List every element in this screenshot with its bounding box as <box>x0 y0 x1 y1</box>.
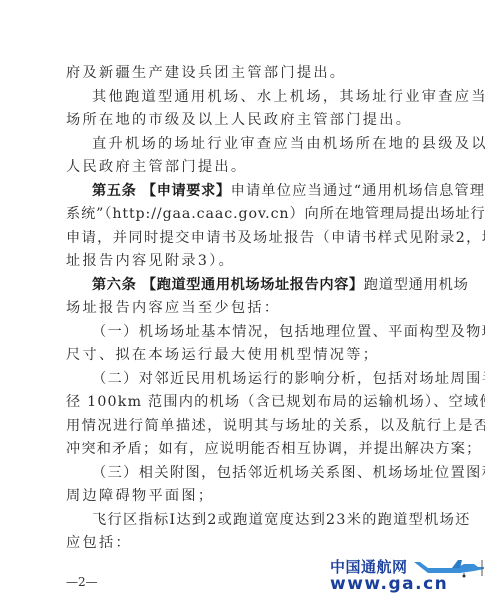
article-6-line: 第六条 【跑道型通用机场场址报告内容】跑道型通用机场 <box>92 276 452 294</box>
text-line: （三）相关附图，包括邻近机场关系图、机场场址位置图和 <box>92 464 452 482</box>
text-line: 飞行区指标Ⅰ达到2或跑道宽度达到23米的跑道型机场还 <box>92 511 452 529</box>
page-number: —2— <box>66 575 98 589</box>
article-5-heading: 第五条 【申请要求】 <box>92 183 231 199</box>
text-line: 人民政府主管部门提出。 <box>66 158 426 176</box>
article-6-heading: 第六条 【跑道型通用机场场址报告内容】 <box>92 277 364 293</box>
text-line: 周边障碍物平面图； <box>66 487 426 505</box>
article-6-text: 跑道型通用机场 <box>364 277 469 293</box>
text-line: 址报告内容见附录3）。 <box>66 252 426 270</box>
text-line: 系统”（http://gaa.caac.gov.cn）向所在地管理局提出场址行业… <box>66 205 426 223</box>
article-5-line: 第五条 【申请要求】申请单位应当通过“通用机场信息管理 <box>92 182 452 200</box>
text-line: （二）对邻近民用机场运行的影响分析，包括对场址周围半 <box>92 370 452 388</box>
document-page: 府及新疆生产建设兵团主管部门提出。 其他跑道型通用机场、水上机场，其场址行业审查… <box>0 0 485 600</box>
text-line: 径 100km 范围内的机场（含已规划布局的运输机场）、空域使 <box>66 393 426 411</box>
article-5-text: 申请单位应当通过“通用机场信息管理 <box>231 183 485 199</box>
text-line: 冲突和矛盾；如有，应说明能否相互协调，并提出解决方案； <box>66 440 426 458</box>
text-line: （一）机场场址基本情况，包括地理位置、平面构型及物理 <box>92 323 452 341</box>
text-line: 直升机场的场址行业审查应当由机场所在地的县级及以上 <box>92 135 452 153</box>
text-line: 用情况进行简单描述，说明其与场址的关系，以及航行上是否有 <box>66 417 426 435</box>
text-line: 其他跑道型通用机场、水上机场，其场址行业审查应当由机 <box>92 88 452 106</box>
watermark-logo: 中国通航网 www.ga.cn <box>330 556 485 596</box>
text-line: 场所在地的市级及以上人民政府主管部门提出。 <box>66 111 426 129</box>
text-line: 场址报告内容应当至少包括： <box>66 299 426 317</box>
text-line: 应包括： <box>66 534 426 552</box>
text-line: 申请，并同时提交申请书及场址报告（申请书样式见附录2，场 <box>66 229 426 247</box>
watermark-url: www.ga.cn <box>330 574 448 594</box>
text-line: 府及新疆生产建设兵团主管部门提出。 <box>66 64 426 82</box>
text-line: 尺寸、拟在本场运行最大使用机型情况等； <box>66 346 426 364</box>
